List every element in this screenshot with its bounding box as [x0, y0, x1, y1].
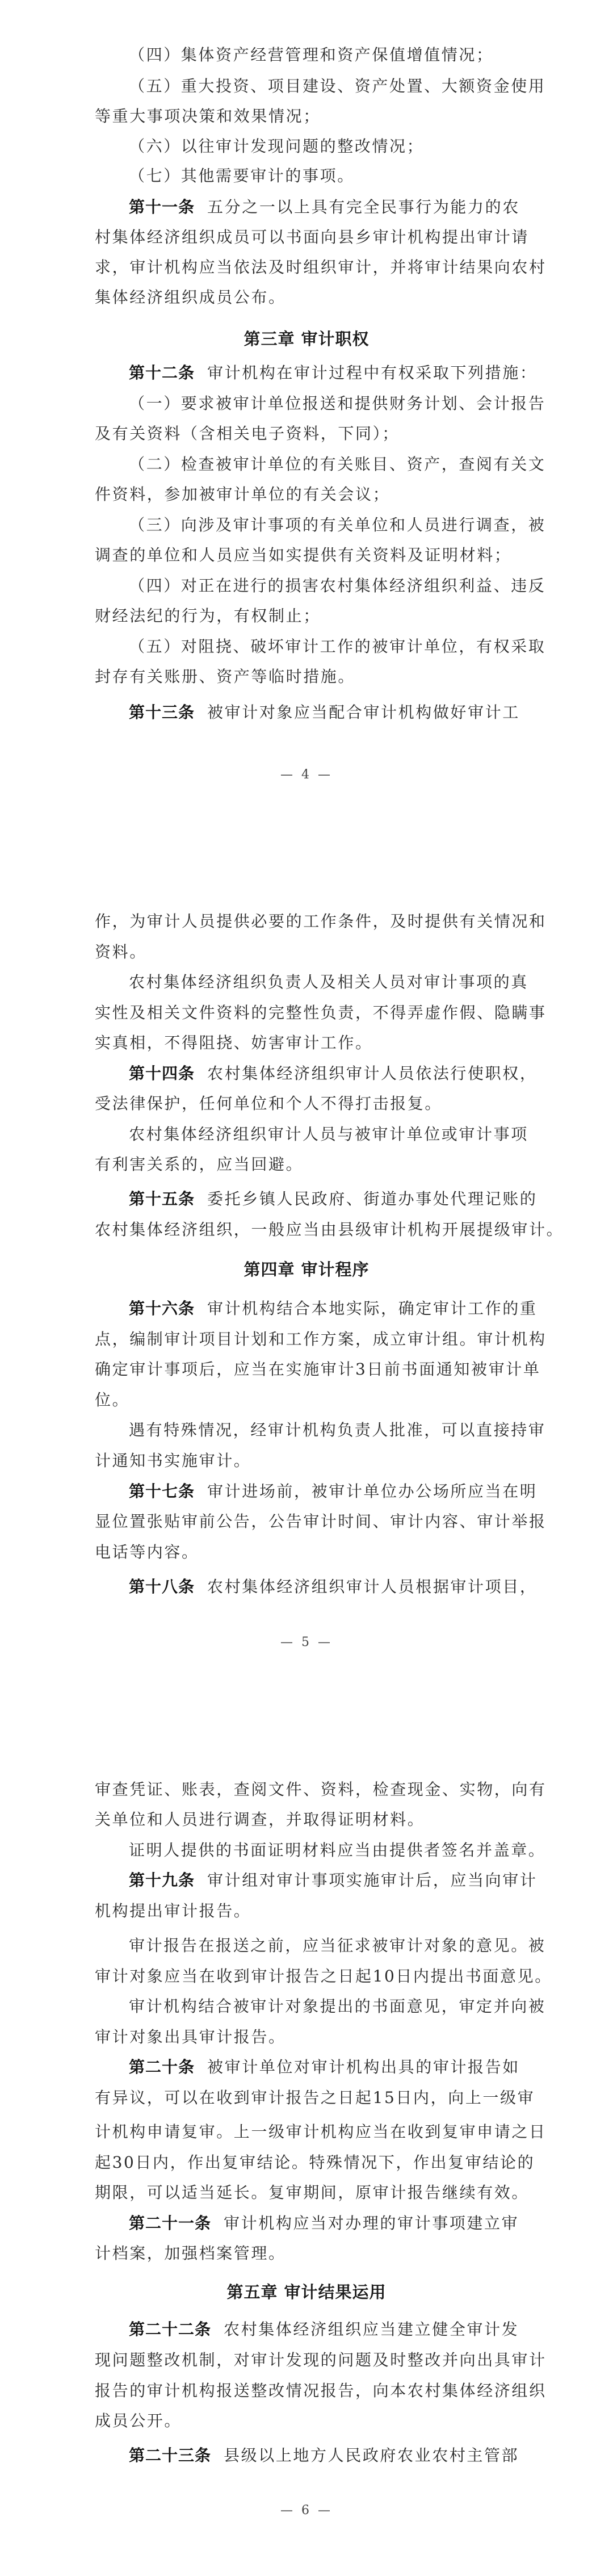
- text-line: 机构提出审计报告。: [95, 1900, 526, 1922]
- chapter-heading: 第四章 审计程序: [0, 1258, 613, 1281]
- article-number: 第十九条: [129, 1871, 195, 1890]
- article-line: 第二十三条县级以上地方人民政府农业农村主管部: [129, 2444, 560, 2467]
- line-text: 县级以上地方人民政府农业农村主管部: [224, 2446, 519, 2465]
- text-line: 受法律保护，任何单位和个人不得打击报复。: [95, 1092, 526, 1115]
- line-text: 审计对象应当在收到审计报告之日起10日内提出书面意见。: [95, 1967, 552, 1986]
- line-text: 及有关资料（含相关电子资料，下同）；: [95, 424, 400, 443]
- line-text: 调查的单位和人员应当如实提供有关资料及证明材料；: [95, 546, 511, 564]
- line-text: 关单位和人员进行调查，并取得证明材料。: [95, 1810, 425, 1829]
- text-line: 计通知书实施审计。: [95, 1450, 526, 1472]
- text-line: 现问题整改机制，对审计发现的问题及时整改并向出具审计: [95, 2349, 526, 2372]
- text-line: 点，编制审计项目计划和工作方案，成立审计组。审计机构: [95, 1328, 526, 1351]
- line-text: （三）向涉及审计事项的有关单位和人员进行调查，被: [129, 516, 545, 534]
- text-line: 求，审计机构应当依法及时组织审计，并将审计结果向农村: [95, 256, 526, 279]
- text-line: 财经法纪的行为，有权制止；: [95, 605, 526, 627]
- line-text: 起30日内，作出复审结论。特殊情况下，作出复审结论的: [95, 2153, 535, 2172]
- line-text: （六）以往审计发现问题的整改情况；: [129, 137, 424, 156]
- line-text: （四）对正在进行的损害农村集体经济组织利益、违反: [129, 576, 545, 595]
- line-text: 件资料，参加被审计单位的有关会议；: [95, 485, 390, 504]
- text-line: 报告的审计机构报送整改情况报告，向本农村集体经济组织: [95, 2380, 526, 2402]
- line-text: 实性及相关文件资料的完整性负责，不得弄虚作假、隐瞒事: [95, 1003, 547, 1022]
- article-line: 第十九条审计组对审计事项实施审计后，应当向审计: [129, 1869, 560, 1892]
- text-line: 证明人提供的书面证明材料应当由提供者签名并盖章。: [129, 1839, 560, 1862]
- line-text: 电话等内容。: [95, 1543, 199, 1561]
- article-line: 第十三条被审计对象应当配合审计机构做好审计工: [129, 701, 560, 724]
- article-number: 第二十三条: [129, 2446, 211, 2465]
- article-line: 第十六条审计机构结合本地实际，确定审计工作的重: [129, 1297, 560, 1320]
- article-number: 第十四条: [129, 1064, 195, 1083]
- article-number: 第二十二条: [129, 2320, 211, 2339]
- article-number: 第十三条: [129, 703, 195, 722]
- text-line: 计机构申请复审。上一级审计机构应当在收到复审申请之日: [95, 2121, 526, 2143]
- line-text: 现问题整改机制，对审计发现的问题及时整改并向出具审计: [95, 2351, 547, 2369]
- article-number: 第十八条: [129, 1577, 195, 1596]
- text-line: （五）对阻挠、破坏审计工作的被审计单位，有权采取: [129, 635, 560, 658]
- line-text: （七）其他需要审计的事项。: [129, 166, 355, 185]
- line-text: 成员公开。: [95, 2411, 182, 2430]
- article-line: 第十二条审计机构在审计过程中有权采取下列措施：: [129, 362, 560, 384]
- article-line: 第十八条农村集体经济组织审计人员根据审计项目，: [129, 1576, 560, 1598]
- line-text: （一）要求被审计单位报送和提供财务计划、会计报告: [129, 394, 545, 413]
- line-text: 遇有特殊情况，经审计机构负责人批准，可以直接持审: [129, 1421, 545, 1439]
- line-text: 位。: [95, 1390, 129, 1409]
- text-line: 成员公开。: [95, 2410, 526, 2432]
- line-text: 审计机构结合被审计对象提出的书面意见，审定并向被: [129, 1997, 545, 2016]
- text-line: 审查凭证、账表，查阅文件、资料，检查现金、实物，向有: [95, 1778, 526, 1801]
- line-text: 审计进场前，被审计单位办公场所应当在明: [207, 1482, 537, 1501]
- line-text: 财经法纪的行为，有权制止；: [95, 606, 321, 625]
- line-text: 审计机构结合本地实际，确定审计工作的重: [207, 1299, 537, 1318]
- line-text: 点，编制审计项目计划和工作方案，成立审计组。审计机构: [95, 1330, 547, 1348]
- article-number: 第十二条: [129, 363, 195, 382]
- text-line: 封存有关账册、资产等临时措施。: [95, 665, 526, 688]
- line-text: 计档案，加强档案管理。: [95, 2244, 286, 2263]
- line-text: 农村集体经济组织应当建立健全审计发: [224, 2320, 519, 2339]
- text-line: 有利害关系的，应当回避。: [95, 1153, 526, 1176]
- article-line: 第二十二条农村集体经济组织应当建立健全审计发: [129, 2318, 560, 2341]
- text-line: （二）检查被审计单位的有关账目、资产，查阅有关文: [129, 453, 560, 476]
- line-text: 机构提出审计报告。: [95, 1901, 251, 1920]
- text-line: 件资料，参加被审计单位的有关会议；: [95, 483, 526, 506]
- article-line: 第二十一条审计机构应当对办理的审计事项建立审: [129, 2212, 560, 2235]
- document-viewer: （四）集体资产经营管理和资产保值增值情况；（五）重大投资、项目建设、资产处置、大…: [0, 0, 613, 2576]
- text-line: 电话等内容。: [95, 1541, 526, 1564]
- line-text: 被审计对象应当配合审计机构做好审计工: [207, 703, 520, 722]
- line-text: 资料。: [95, 943, 147, 961]
- line-text: 审计组对审计事项实施审计后，应当向审计: [207, 1871, 537, 1890]
- text-line: 农村集体经济组织，一般应当由县级审计机构开展提级审计。: [95, 1218, 526, 1241]
- line-text: （二）检查被审计单位的有关账目、资产，查阅有关文: [129, 455, 545, 474]
- article-line: 第十七条审计进场前，被审计单位办公场所应当在明: [129, 1480, 560, 1503]
- page-number: — 4 —: [0, 766, 613, 784]
- line-text: 被审计单位对审计机构出具的审计报告如: [207, 2058, 520, 2076]
- text-line: （四）集体资产经营管理和资产保值增值情况；: [129, 44, 560, 66]
- line-text: 作，为审计人员提供必要的工作条件，及时提供有关情况和: [95, 912, 547, 931]
- line-text: 审计报告在报送之前，应当征求被审计对象的意见。被: [129, 1936, 545, 1955]
- line-text: 审计机构应当对办理的审计事项建立审: [224, 2214, 519, 2232]
- text-line: （五）重大投资、项目建设、资产处置、大额资金使用: [129, 75, 560, 98]
- text-line: 遇有特殊情况，经审计机构负责人批准，可以直接持审: [129, 1419, 560, 1442]
- line-text: 村集体经济组织成员可以书面向县乡审计机构提出审计请: [95, 228, 529, 246]
- article-number: 第十五条: [129, 1189, 195, 1208]
- line-text: 委托乡镇人民政府、街道办事处代理记账的: [207, 1189, 537, 1208]
- text-line: 村集体经济组织成员可以书面向县乡审计机构提出审计请: [95, 226, 526, 249]
- line-text: （五）对阻挠、破坏审计工作的被审计单位，有权采取: [129, 637, 545, 656]
- text-line: 计档案，加强档案管理。: [95, 2242, 526, 2265]
- text-line: 审计对象应当在收到审计报告之日起10日内提出书面意见。: [95, 1965, 526, 1988]
- line-text: 集体经济组织成员公布。: [95, 288, 286, 307]
- line-text: 求，审计机构应当依法及时组织审计，并将审计结果向农村: [95, 258, 547, 277]
- text-line: 等重大事项决策和效果情况；: [95, 105, 526, 128]
- text-line: 审计报告在报送之前，应当征求被审计对象的意见。被: [129, 1934, 560, 1957]
- chapter-heading: 第五章 审计结果运用: [0, 2281, 613, 2303]
- line-text: 封存有关账册、资产等临时措施。: [95, 667, 355, 686]
- line-text: 证明人提供的书面证明材料应当由提供者签名并盖章。: [129, 1841, 545, 1859]
- article-number: 第二十一条: [129, 2214, 211, 2232]
- text-line: 位。: [95, 1389, 526, 1411]
- article-line: 第二十条被审计单位对审计机构出具的审计报告如: [129, 2056, 560, 2079]
- page-number: — 5 —: [0, 1634, 613, 1651]
- text-line: 调查的单位和人员应当如实提供有关资料及证明材料；: [95, 544, 526, 567]
- chapter-heading: 第三章 审计职权: [0, 328, 613, 350]
- text-line: （四）对正在进行的损害农村集体经济组织利益、违反: [129, 575, 560, 597]
- line-text: 确定审计事项后，应当在实施审计3日前书面通知被审计单: [95, 1360, 540, 1379]
- text-line: 期限，可以适当延长。复审期间，原审计报告继续有效。: [95, 2181, 526, 2204]
- text-line: 有异议，可以在收到审计报告之日起15日内，向上一级审: [95, 2087, 526, 2109]
- line-text: 农村集体经济组织审计人员依法行使职权，: [207, 1064, 537, 1083]
- article-line: 第十一条五分之一以上具有完全民事行为能力的农: [129, 196, 560, 219]
- text-line: 确定审计事项后，应当在实施审计3日前书面通知被审计单: [95, 1358, 526, 1381]
- text-line: 起30日内，作出复审结论。特殊情况下，作出复审结论的: [95, 2151, 526, 2174]
- line-text: 农村集体经济组织审计人员根据审计项目，: [207, 1577, 537, 1596]
- article-number: 第二十条: [129, 2058, 195, 2076]
- line-text: 审计机构在审计过程中有权采取下列措施：: [207, 363, 537, 382]
- text-line: （七）其他需要审计的事项。: [129, 165, 560, 187]
- line-text: 农村集体经济组织，一般应当由县级审计机构开展提级审计。: [95, 1220, 564, 1239]
- line-text: 显位置张贴审前公告，公告审计时间、审计内容、审计举报: [95, 1512, 547, 1531]
- line-text: 期限，可以适当延长。复审期间，原审计报告继续有效。: [95, 2183, 529, 2202]
- text-line: （三）向涉及审计事项的有关单位和人员进行调查，被: [129, 514, 560, 537]
- text-line: （一）要求被审计单位报送和提供财务计划、会计报告: [129, 392, 560, 415]
- line-text: 有利害关系的，应当回避。: [95, 1155, 303, 1174]
- line-text: 有异议，可以在收到审计报告之日起15日内，向上一级审: [95, 2088, 535, 2107]
- text-line: 集体经济组织成员公布。: [95, 286, 526, 309]
- text-line: 作，为审计人员提供必要的工作条件，及时提供有关情况和: [95, 910, 526, 933]
- line-text: 实真相，不得阻挠、妨害审计工作。: [95, 1033, 373, 1052]
- text-line: （六）以往审计发现问题的整改情况；: [129, 135, 560, 158]
- article-line: 第十四条农村集体经济组织审计人员依法行使职权，: [129, 1062, 560, 1085]
- text-line: 审计对象出具审计报告。: [95, 2026, 526, 2049]
- line-text: 农村集体经济组织审计人员与被审计单位或审计事项: [129, 1125, 528, 1144]
- article-number: 第十六条: [129, 1299, 195, 1318]
- line-text: 五分之一以上具有完全民事行为能力的农: [207, 198, 520, 216]
- text-line: 审计机构结合被审计对象提出的书面意见，审定并向被: [129, 1995, 560, 2018]
- text-line: 显位置张贴审前公告，公告审计时间、审计内容、审计举报: [95, 1510, 526, 1533]
- article-number: 第十一条: [129, 198, 195, 216]
- line-text: 农村集体经济组织负责人及相关人员对审计事项的真: [129, 973, 528, 991]
- text-line: 关单位和人员进行调查，并取得证明材料。: [95, 1808, 526, 1831]
- line-text: 审查凭证、账表，查阅文件、资料，检查现金、实物，向有: [95, 1780, 547, 1799]
- text-line: 农村集体经济组织负责人及相关人员对审计事项的真: [129, 971, 560, 994]
- text-line: 实真相，不得阻挠、妨害审计工作。: [95, 1032, 526, 1054]
- text-line: 实性及相关文件资料的完整性负责，不得弄虚作假、隐瞒事: [95, 1002, 526, 1024]
- line-text: 审计对象出具审计报告。: [95, 2028, 286, 2046]
- line-text: （四）集体资产经营管理和资产保值增值情况；: [129, 45, 494, 64]
- line-text: 计机构申请复审。上一级审计机构应当在收到复审申请之日: [95, 2122, 547, 2141]
- page-number: — 6 —: [0, 2502, 613, 2519]
- article-line: 第十五条委托乡镇人民政府、街道办事处代理记账的: [129, 1188, 560, 1210]
- line-text: （五）重大投资、项目建设、资产处置、大额资金使用: [129, 77, 545, 95]
- line-text: 等重大事项决策和效果情况；: [95, 107, 321, 125]
- text-line: 农村集体经济组织审计人员与被审计单位或审计事项: [129, 1123, 560, 1146]
- line-text: 报告的审计机构报送整改情况报告，向本农村集体经济组织: [95, 2381, 547, 2400]
- text-line: 资料。: [95, 941, 526, 964]
- text-line: 及有关资料（含相关电子资料，下同）；: [95, 422, 526, 445]
- line-text: 受法律保护，任何单位和个人不得打击报复。: [95, 1094, 442, 1113]
- article-number: 第十七条: [129, 1482, 195, 1501]
- line-text: 计通知书实施审计。: [95, 1451, 251, 1470]
